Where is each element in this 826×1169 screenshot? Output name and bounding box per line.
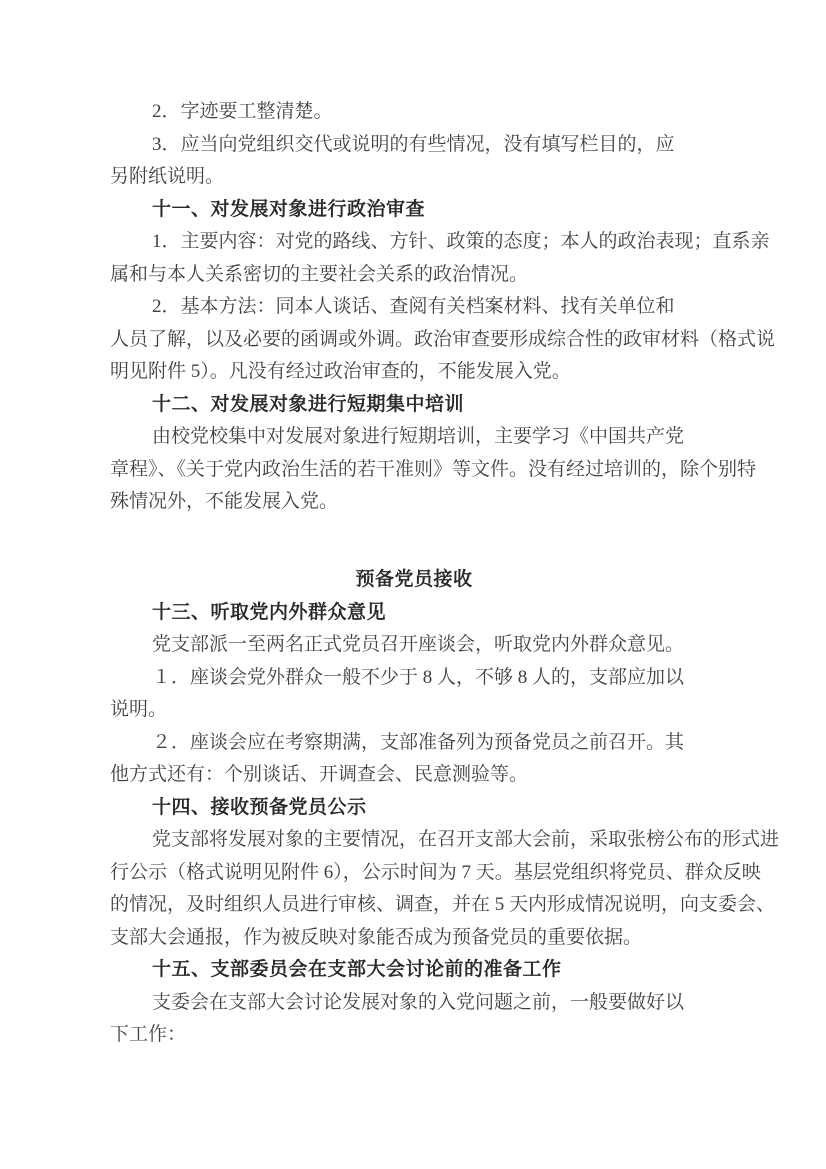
section-heading: 十一、对发展对象进行政治审查	[110, 194, 718, 227]
text-line: 2．基本方法：同本人谈话、查阅有关档案材料、找有关单位和	[110, 291, 718, 324]
text-line: 殊情况外，不能发展入党。	[110, 486, 718, 519]
section-title: 预备党员接收	[110, 564, 718, 597]
text-line: 党支部将发展对象的主要情况，在召开支部大会前，采取张榜公布的形式进	[110, 824, 718, 857]
text-line: 支部大会通报，作为被反映对象能否成为预备党员的重要依据。	[110, 922, 718, 955]
text-line: 2．字迹要工整清楚。	[110, 96, 718, 129]
text-line: １．座谈会党外群众一般不少于 8 人，不够 8 人的，支部应加以	[110, 662, 718, 695]
text-line: 行公示（格式说明见附件 6），公示时间为 7 天。基层党组织将党员、群众反映	[110, 857, 718, 890]
text-line: 的情况，及时组织人员进行审核、调查，并在 5 天内形成情况说明，向支委会、	[110, 889, 718, 922]
text-line: 1．主要内容：对党的路线、方针、政策的态度；本人的政治表现；直系亲	[110, 226, 718, 259]
text-line: 党支部派一至两名正式党员召开座谈会，听取党内外群众意见。	[110, 629, 718, 662]
text-line: 章程》、《关于党内政治生活的若干准则》等文件。没有经过培训的，除个别特	[110, 454, 718, 487]
text-line: 另附纸说明。	[110, 161, 718, 194]
text-line: 属和与本人关系密切的主要社会关系的政治情况。	[110, 259, 718, 292]
text-line: 下工作：	[110, 1019, 718, 1052]
section-heading: 十四、接收预备党员公示	[110, 792, 718, 825]
text-line: ２．座谈会应在考察期满，支部准备列为预备党员之前召开。其	[110, 727, 718, 760]
text-line: 人员了解，以及必要的函调或外调。政治审查要形成综合性的政审材料（格式说	[110, 324, 718, 357]
blank-line	[110, 519, 718, 552]
text-line: 明见附件 5）。凡没有经过政治审查的，不能发展入党。	[110, 356, 718, 389]
document-page: 2．字迹要工整清楚。3．应当向党组织交代或说明的有些情况，没有填写栏目的，应另附…	[0, 0, 826, 1169]
document-body: 2．字迹要工整清楚。3．应当向党组织交代或说明的有些情况，没有填写栏目的，应另附…	[110, 96, 718, 1052]
text-line: 说明。	[110, 694, 718, 727]
text-line: 3．应当向党组织交代或说明的有些情况，没有填写栏目的，应	[110, 129, 718, 162]
section-heading: 十二、对发展对象进行短期集中培训	[110, 389, 718, 422]
section-heading: 十五、支部委员会在支部大会讨论前的准备工作	[110, 954, 718, 987]
text-line: 由校党校集中对发展对象进行短期培训，主要学习《中国共产党	[110, 421, 718, 454]
text-line: 他方式还有：个别谈话、开调查会、民意测验等。	[110, 759, 718, 792]
section-heading: 十三、听取党内外群众意见	[110, 597, 718, 630]
text-line: 支委会在支部大会讨论发展对象的入党问题之前，一般要做好以	[110, 987, 718, 1020]
